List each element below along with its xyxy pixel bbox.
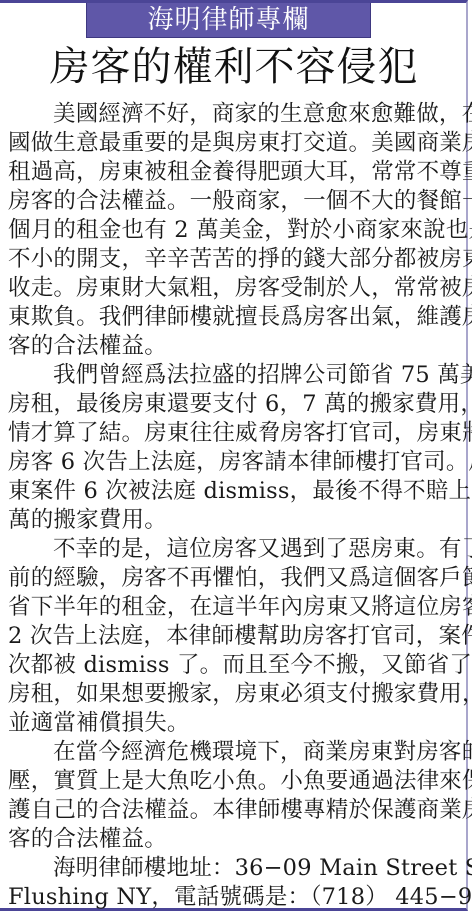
article-line: 國做生意最重要的是與房東打交道。美國商業房 xyxy=(8,129,460,158)
article-line: 壓，實質上是大魚吃小魚。小魚要通過法律來保 xyxy=(8,767,460,796)
column-label-band: 海明律師專欄 xyxy=(86,3,371,38)
article-line: 房租，如果想要搬家，房東必須支付搬家費用， xyxy=(8,680,460,709)
contact-address-line: 海明律師樓地址：36−09 Main Street Suite 7B xyxy=(8,854,460,883)
article-line: 省下半年的租金，在這半年內房東又將這位房客 xyxy=(8,593,460,622)
article-line: 租過高，房東被租金養得肥頭大耳，常常不尊重 xyxy=(8,158,460,187)
article-headline: 房客的權利不容侵犯 xyxy=(0,41,468,93)
article-line: 在當今經濟危機環境下，商業房東對房客的欺 xyxy=(8,738,460,767)
article-line: 東欺負。我們律師樓就擅長爲房客出氣，維護房 xyxy=(8,303,460,332)
article-line: 情才算了結。房東往往威脅房客打官司，房東將 xyxy=(8,419,460,448)
article-line: 不幸的是，這位房客又遇到了惡房東。有了以 xyxy=(8,535,460,564)
article-line: 並適當補償損失。 xyxy=(8,709,460,738)
article-line: 房客 6 次告上法庭，房客請本律師樓打官司。房 xyxy=(8,448,460,477)
article-line: 房租，最後房東還要支付 6，7 萬的搬家費用，事 xyxy=(8,390,460,419)
article-line: 我們曾經爲法拉盛的招牌公司節省 75 萬美金的 xyxy=(8,361,460,390)
article-line: 東案件 6 次被法庭 dismiss，最後不得不賠上 6，7 xyxy=(8,477,460,506)
article-body: 美國經濟不好，商家的生意愈來愈難做，在美 國做生意最重要的是與房東打交道。美國商… xyxy=(8,100,460,912)
contact-phone-line: Flushing NY，電話號碼是：（718） 445−9111。 xyxy=(8,883,460,912)
article-line: 萬的搬家費用。 xyxy=(8,506,460,535)
article-line: 前的經驗，房客不再懼怕，我們又爲這個客戶節 xyxy=(8,564,460,593)
article-line: 美國經濟不好，商家的生意愈來愈難做，在美 xyxy=(8,100,460,129)
article-line: 次都被 dismiss 了。而且至今不搬，又節省了更多 xyxy=(8,651,460,680)
article-line: 2 次告上法庭，本律師樓幫助房客打官司，案件 2 xyxy=(8,622,460,651)
article-line: 房客的合法權益。一般商家，一個不大的餐館一 xyxy=(8,187,460,216)
article-line: 收走。房東財大氣粗，房客受制於人，常常被房 xyxy=(8,274,460,303)
article-line: 客的合法權益。 xyxy=(8,825,460,854)
article-line: 個月的租金也有 2 萬美金，對於小商家來說也是 xyxy=(8,216,460,245)
newspaper-column-frame: 海明律師專欄 房客的權利不容侵犯 美國經濟不好，商家的生意愈來愈難做，在美 國做… xyxy=(0,0,468,911)
article-line: 客的合法權益。 xyxy=(8,332,460,361)
article-line: 護自己的合法權益。本律師樓專精於保護商業房 xyxy=(8,796,460,825)
article-line: 不小的開支，辛辛苦苦的掙的錢大部分都被房東 xyxy=(8,245,460,274)
